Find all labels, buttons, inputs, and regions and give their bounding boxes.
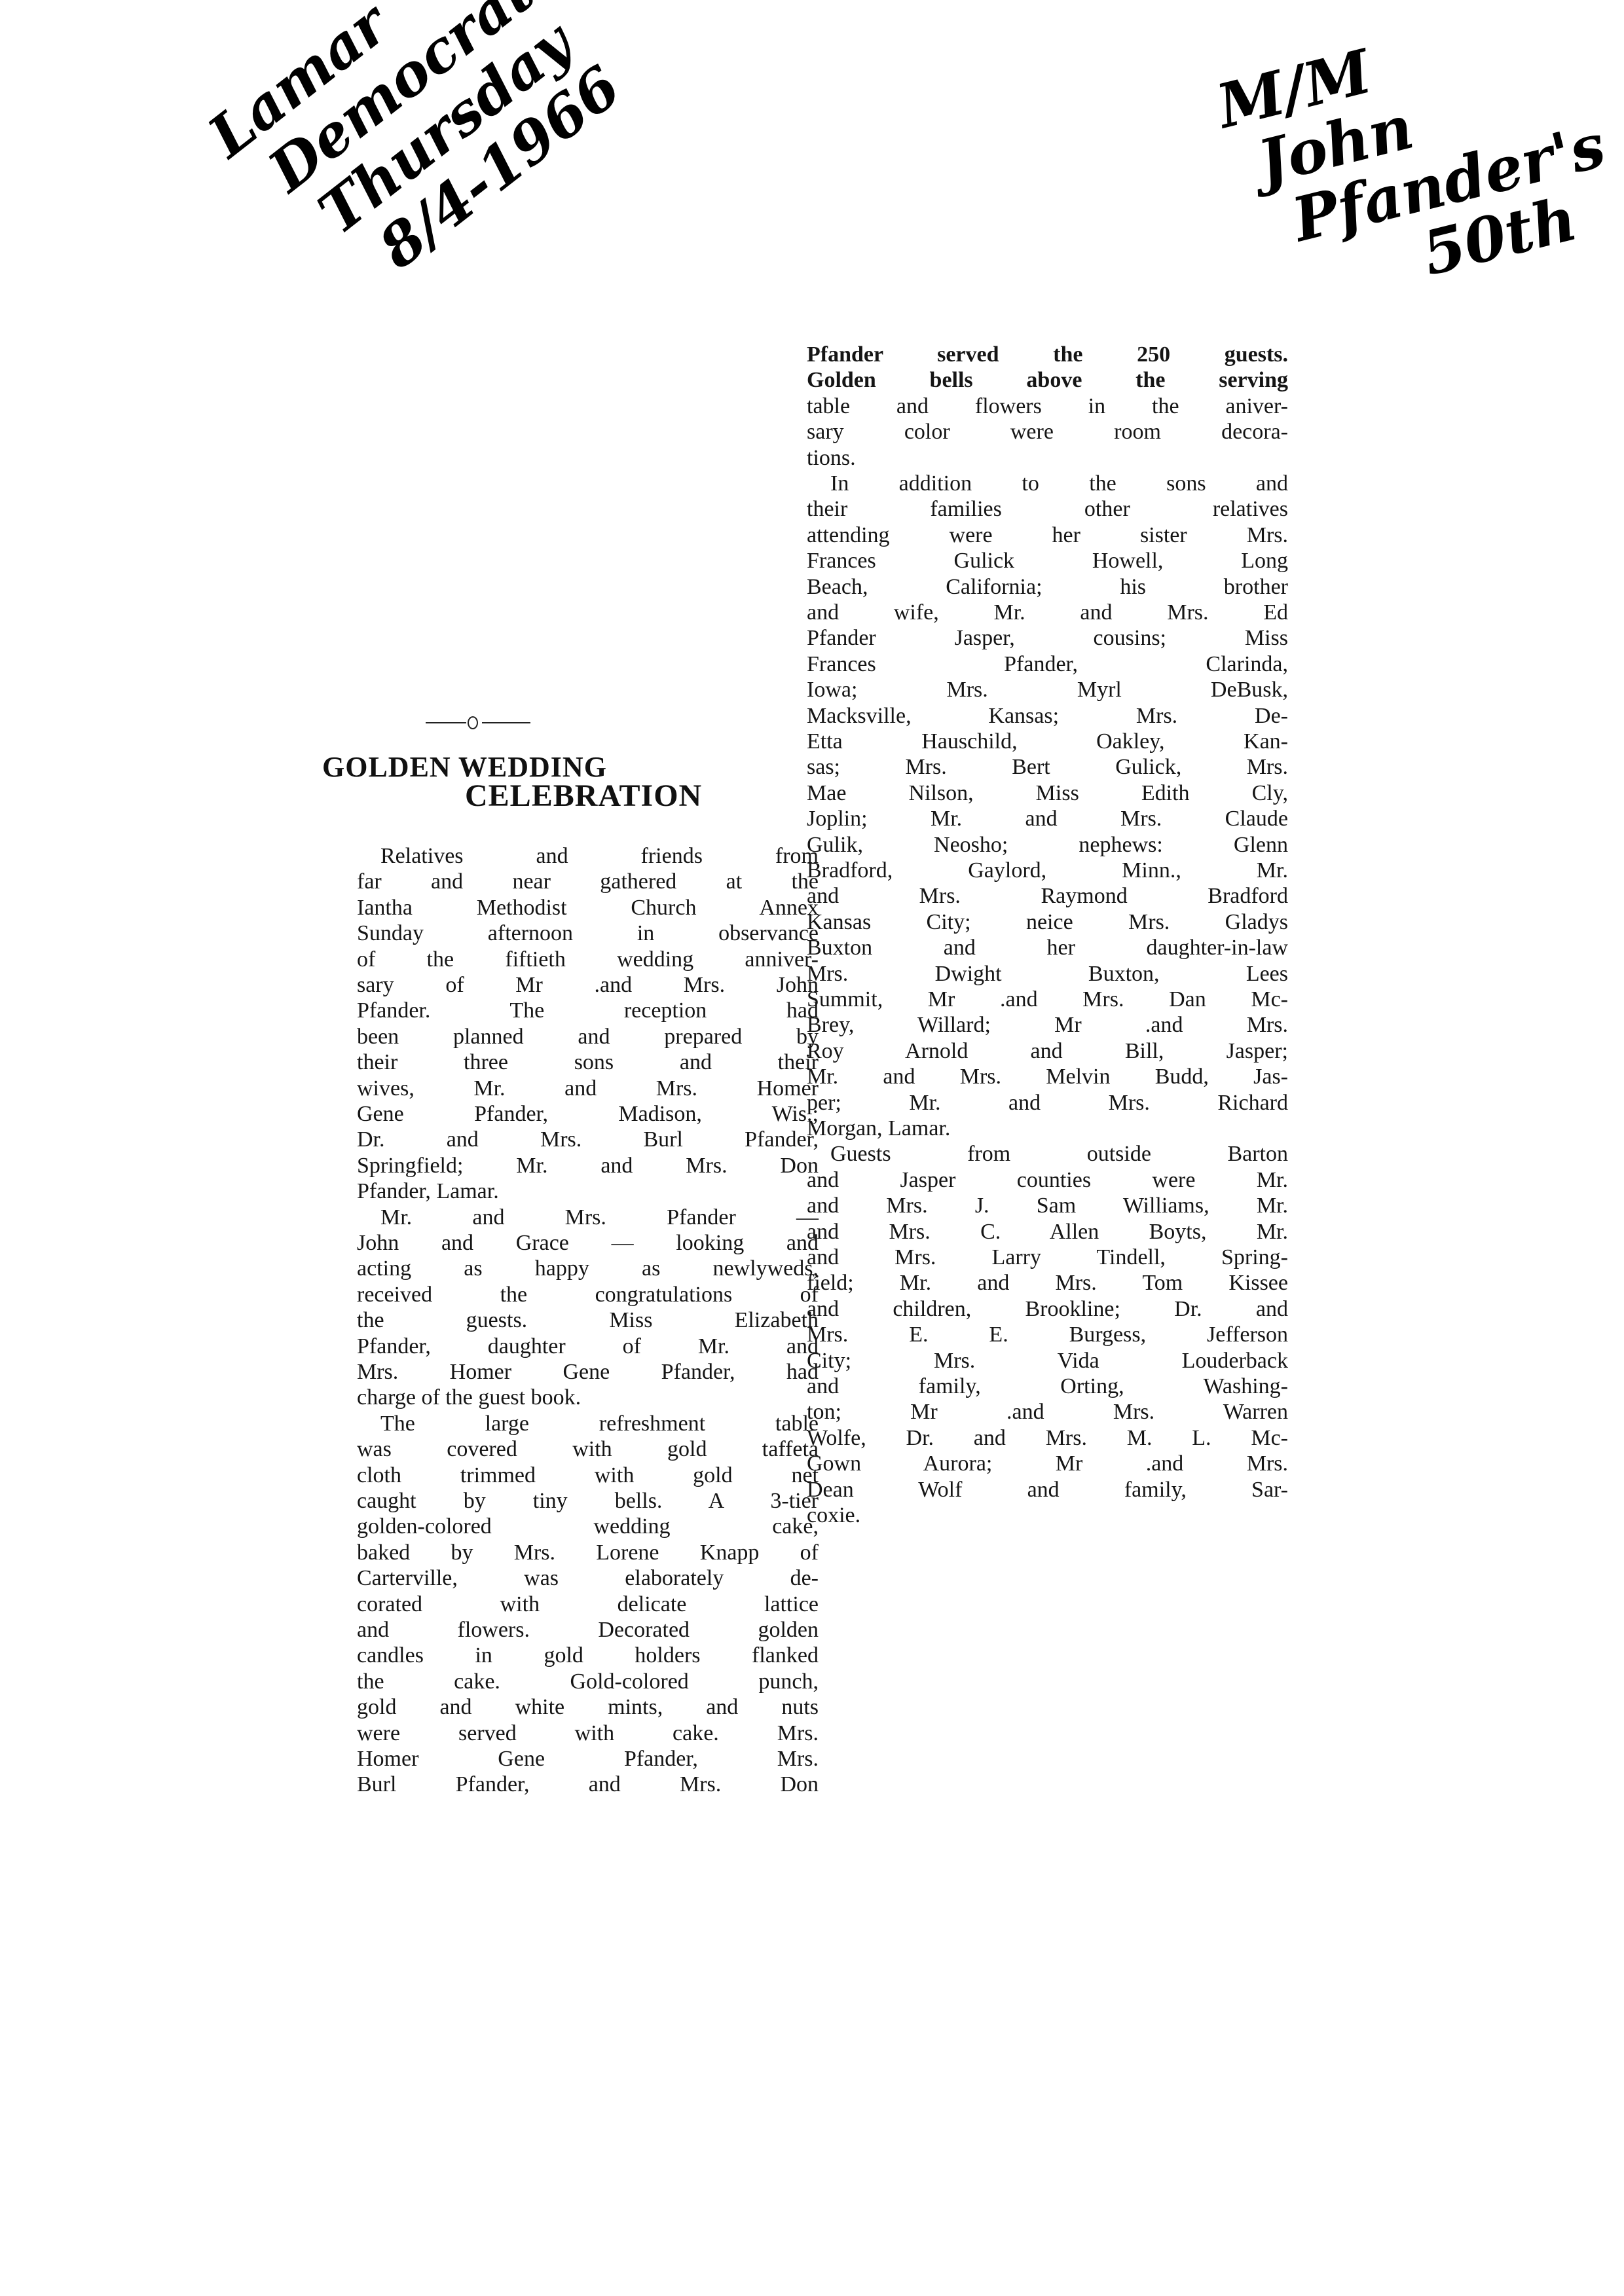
- article-text-line: and Mrs. Larry Tindell, Spring-: [807, 1245, 1288, 1271]
- article-text-line: Etta Hauschild, Oakley, Kan-: [807, 729, 1288, 755]
- article-text-line: corated with delicate lattice: [357, 1592, 819, 1618]
- article-text-line: Golden bells above the serving: [807, 367, 1288, 393]
- article-text-line: Macksville, Kansas; Mrs. De-: [807, 703, 1288, 729]
- article-text-line: wives, Mr. and Mrs. Homer: [357, 1076, 819, 1102]
- headline-line-2: CELEBRATION: [465, 778, 702, 814]
- article-text-line: table and flowers in the aniver-: [807, 393, 1288, 420]
- article-text-line: Joplin; Mr. and Mrs. Claude: [807, 806, 1288, 832]
- article-text-line: per; Mr. and Mrs. Richard: [807, 1090, 1288, 1116]
- article-text-line: tions.: [807, 445, 1288, 471]
- article-text-line: Mrs. Homer Gene Pfander, had: [357, 1359, 819, 1385]
- article-text-line: Mr. and Mrs. Pfander —: [357, 1205, 819, 1231]
- article-text-line: caught by tiny bells. A 3-tier: [357, 1488, 819, 1514]
- handwritten-subject-note: M/M John Pfander's 50th: [1211, 0, 1624, 324]
- article-text-line: City; Mrs. Vida Louderback: [807, 1348, 1288, 1374]
- article-text-line: Beach, California; his brother: [807, 574, 1288, 600]
- article-text-line: coxie.: [807, 1503, 1288, 1529]
- article-text-line: Frances Gulick Howell, Long: [807, 548, 1288, 574]
- article-text-line: Relatives and friends from: [357, 843, 819, 869]
- article-text-line: golden-colored wedding cake,: [357, 1514, 819, 1540]
- separator-rule: [482, 722, 530, 723]
- article-text-line: Mr. and Mrs. Melvin Budd, Jas-: [807, 1064, 1288, 1090]
- article-text-line: and flowers. Decorated golden: [357, 1617, 819, 1643]
- article-text-line: were served with cake. Mrs.: [357, 1721, 819, 1747]
- article-text-line: been planned and prepared by: [357, 1024, 819, 1050]
- article-text-line: Iowa; Mrs. Myrl DeBusk,: [807, 677, 1288, 703]
- article-text-line: their three sons and their: [357, 1049, 819, 1076]
- article-text-line: Springfield; Mr. and Mrs. Don: [357, 1153, 819, 1179]
- article-text-line: Summit, Mr .and Mrs. Dan Mc-: [807, 987, 1288, 1013]
- article-text-line: and Mrs. Raymond Bradford: [807, 883, 1288, 909]
- article-text-line: candles in gold holders flanked: [357, 1643, 819, 1669]
- article-text-line: and Mrs. C. Allen Boyts, Mr.: [807, 1219, 1288, 1245]
- article-text-line: was covered with gold taffeta: [357, 1436, 819, 1463]
- article-text-line: Carterville, was elaborately de-: [357, 1565, 819, 1592]
- article-text-line: and Jasper counties were Mr.: [807, 1167, 1288, 1194]
- separator-circle-icon: [468, 716, 478, 729]
- article-text-line: attending were her sister Mrs.: [807, 522, 1288, 549]
- article-text-line: field; Mr. and Mrs. Tom Kissee: [807, 1270, 1288, 1296]
- article-text-line: Roy Arnold and Bill, Jasper;: [807, 1038, 1288, 1065]
- article-text-line: sary color were room decora-: [807, 419, 1288, 445]
- article-text-line: Gulik, Neosho; nephews: Glenn: [807, 832, 1288, 858]
- article-text-line: Dr. and Mrs. Burl Pfander,: [357, 1127, 819, 1153]
- article-text-line: Wolfe, Dr. and Mrs. M. L. Mc-: [807, 1425, 1288, 1451]
- article-text-line: Bradford, Gaylord, Minn., Mr.: [807, 858, 1288, 884]
- separator-rule: [426, 722, 466, 723]
- handwritten-source-note: Lamar Democrat Thursday 8/4-1966: [151, 0, 629, 318]
- article-text-line: Morgan, Lamar.: [807, 1116, 1288, 1142]
- newspaper-clipping-page: Lamar Democrat Thursday 8/4-1966 M/M Joh…: [0, 0, 1624, 2296]
- article-text-line: baked by Mrs. Lorene Knapp of: [357, 1540, 819, 1566]
- article-text-line: John and Grace — looking and: [357, 1230, 819, 1256]
- article-text-line: Pfander, daughter of Mr. and: [357, 1334, 819, 1360]
- section-separator-ornament: [426, 714, 530, 729]
- article-text-line: Pfander, Lamar.: [357, 1178, 819, 1205]
- article-text-line: and children, Brookline; Dr. and: [807, 1296, 1288, 1322]
- article-text-line: gold and white mints, and nuts: [357, 1694, 819, 1721]
- article-text-line: Frances Pfander, Clarinda,: [807, 651, 1288, 678]
- article-text-line: and family, Orting, Washing-: [807, 1374, 1288, 1400]
- article-text-line: Gown Aurora; Mr .and Mrs.: [807, 1451, 1288, 1477]
- article-text-line: Mrs. E. E. Burgess, Jefferson: [807, 1322, 1288, 1348]
- article-text-line: sas; Mrs. Bert Gulick, Mrs.: [807, 754, 1288, 780]
- article-text-line: charge of the guest book.: [357, 1385, 819, 1411]
- article-text-line: Kansas City; neice Mrs. Gladys: [807, 909, 1288, 936]
- article-text-line: acting as happy as newlyweds,: [357, 1256, 819, 1282]
- article-text-line: Dean Wolf and family, Sar-: [807, 1477, 1288, 1503]
- article-text-line: Pfander Jasper, cousins; Miss: [807, 625, 1288, 651]
- article-text-line: Brey, Willard; Mr .and Mrs.: [807, 1012, 1288, 1038]
- article-text-line: the guests. Miss Elizabeth: [357, 1307, 819, 1334]
- article-text-line: of the fiftieth wedding anniver-: [357, 947, 819, 973]
- article-text-line: Burl Pfander, and Mrs. Don: [357, 1772, 819, 1798]
- article-text-line: The large refreshment table: [357, 1411, 819, 1437]
- article-text-line: sary of Mr .and Mrs. John: [357, 972, 819, 998]
- article-text-line: Pfander. The reception had: [357, 998, 819, 1024]
- article-text-line: Guests from outside Barton: [807, 1141, 1288, 1167]
- article-text-line: ton; Mr .and Mrs. Warren: [807, 1399, 1288, 1425]
- article-text-line: Iantha Methodist Church Annex: [357, 895, 819, 921]
- article-text-line: Mrs. Dwight Buxton, Lees: [807, 961, 1288, 987]
- article-text-line: Gene Pfander, Madison, Wis.;: [357, 1101, 819, 1127]
- article-text-line: and Mrs. J. Sam Williams, Mr.: [807, 1193, 1288, 1219]
- article-text-line: Pfander served the 250 guests.: [807, 342, 1288, 368]
- article-text-line: Homer Gene Pfander, Mrs.: [357, 1746, 819, 1772]
- article-text-line: Buxton and her daughter-in-law: [807, 935, 1288, 961]
- article-text-line: and wife, Mr. and Mrs. Ed: [807, 600, 1288, 626]
- article-text-line: cloth trimmed with gold net: [357, 1463, 819, 1489]
- article-text-line: received the congratulations of: [357, 1282, 819, 1308]
- article-text-line: Mae Nilson, Miss Edith Cly,: [807, 780, 1288, 807]
- article-text-line: far and near gathered at the: [357, 869, 819, 895]
- article-text-line: the cake. Gold-colored punch,: [357, 1669, 819, 1695]
- article-text-line: In addition to the sons and: [807, 471, 1288, 497]
- article-text-line: their families other relatives: [807, 496, 1288, 522]
- article-text-line: Sunday afternoon in observance: [357, 920, 819, 947]
